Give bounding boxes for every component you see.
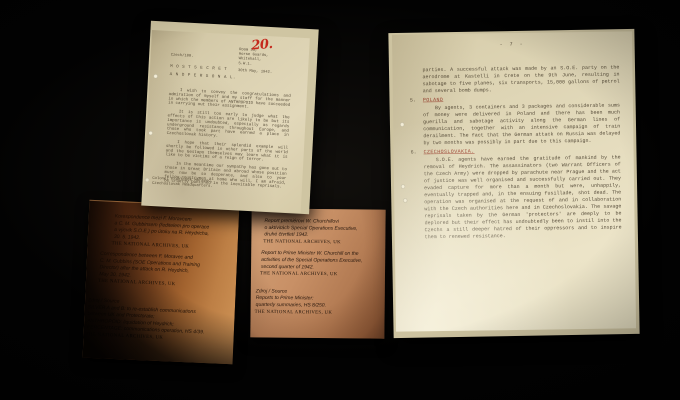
classification-stamp: M O S T S E C R E T A N D P E R S O N A … [170,62,237,81]
punch-hole [403,198,407,202]
section-number: 6. [411,149,417,156]
letter-paragraph: I wish to convey the congratulations and… [168,88,291,112]
letter-reference: Czech/100. [171,53,194,58]
date-line: 30th May, 1942. [238,68,272,74]
section-heading: POLAND [423,97,443,103]
archive-credit: THE NATIONAL ARCHIVES, UK [260,270,385,278]
section-number: 5. [410,97,416,104]
letter-paragraph: It is still too early to judge what the … [166,110,289,143]
section-paragraph: S.O.E. agents have earned the gratitude … [424,155,622,242]
label-source-text: Zdroj / Source Reports to Prime Minister… [256,288,385,310]
section-heading: CZECHOSLOVAKIA. [424,149,475,155]
addressee-block: Colonel František Moravec, Czechoslovak … [152,176,213,189]
archive-credit: THE NATIONAL ARCHIVES, UK [263,238,385,246]
punch-hole [400,123,404,127]
label-english-text: Report to Prime Minister W. Churchill on… [261,250,385,272]
report-body: parties. A successful attack was made by… [422,65,621,244]
letter-document: 20. Czech/100. M O S T S E C R E T A N D… [143,30,310,213]
report-document: - 7 - parties. A successful attack was m… [392,31,636,331]
red-ink-number: 20. [251,37,273,54]
museum-label-right: Report premiérovi W. Churchillovi o akti… [250,208,385,338]
museum-label-left: Korespondence mezi F. Moravcem a C. M. G… [83,200,240,364]
letter-paragraph: I hope that their splendid example will … [165,140,288,164]
report-paragraph: parties. A successful attack was made by… [422,65,619,96]
punch-hole [401,185,405,189]
archive-credit: THE NATIONAL ARCHIVES, UK [255,308,385,316]
label-czech-text: Report premiérovi W. Churchillovi o akti… [264,217,385,239]
address-line: S.W.1. [238,61,272,67]
page-number: - 7 - [392,40,632,49]
exhibit-photo: Korespondence mezi F. Moravcem a C. M. G… [0,0,680,400]
section-paragraph: By agents, 3 containers and 3 packages a… [423,103,621,148]
